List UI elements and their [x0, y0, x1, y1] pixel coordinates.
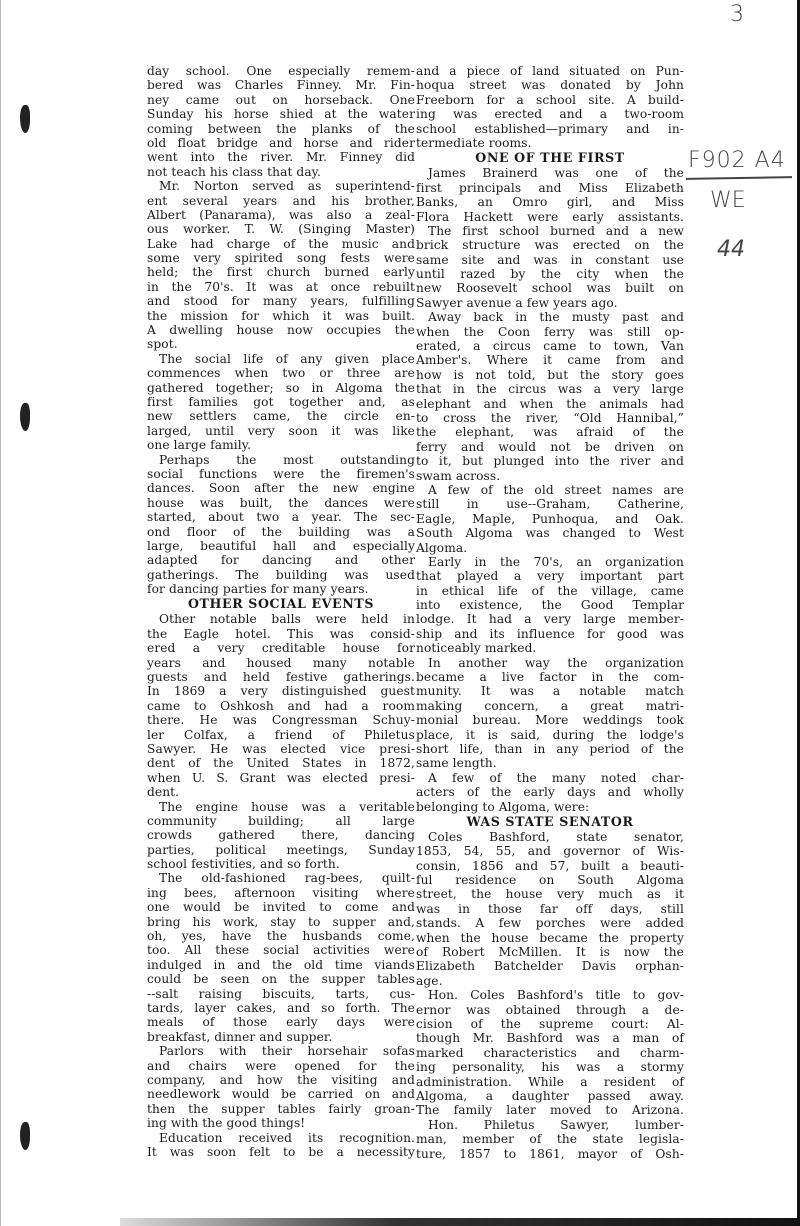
text-line: first families got together and, as — [147, 395, 415, 409]
text-line: 1853, 54, 55, and governor of Wis- — [416, 844, 684, 858]
text-line: A dwelling house now occupies the — [147, 323, 415, 337]
text-line: brick structure was erected on the — [416, 238, 684, 252]
text-line: how is not told, but the story goes — [416, 368, 684, 382]
scan-shadow-bottom — [120, 1218, 800, 1226]
handwritten-page-number: 3 — [730, 2, 744, 27]
text-line: day school. One especially remem- — [147, 64, 415, 78]
punch-hole-mark-middle — [20, 403, 30, 431]
text-line: dent of the United States in 1872, — [147, 756, 415, 770]
text-line: was in those far off days, still — [416, 902, 684, 916]
text-line: Other notable balls were held in — [147, 612, 415, 626]
text-line: Hon. Philetus Sawyer, lumber- — [416, 1118, 684, 1132]
text-line: coming between the planks of the — [147, 122, 415, 136]
text-line: into existence, the Good Templar — [416, 598, 684, 612]
text-line: bring his work, stay to supper and, — [147, 915, 415, 929]
text-line: A few of the many noted char- — [416, 771, 684, 785]
text-line: ent several years and his brother, — [147, 194, 415, 208]
section-heading: OTHER SOCIAL EVENTS — [147, 596, 415, 612]
text-line: when the Coon ferry was still op- — [416, 325, 684, 339]
text-line: too. All these social activities were — [147, 943, 415, 957]
text-line: could be seen on the supper tables — [147, 972, 415, 986]
text-line: Sunday his horse shied at the water — [147, 107, 415, 121]
text-line: ing personality, his was a stormy — [416, 1060, 684, 1074]
text-line: of Robert McMillen. It is now the — [416, 945, 684, 959]
text-line: Freeborn for a school site. A build- — [416, 93, 684, 107]
text-line: the elephant, was afraid of the — [416, 425, 684, 439]
text-line: meals of those early days were — [147, 1015, 415, 1029]
text-line: acters of the early days and wholly — [416, 785, 684, 799]
text-line: in the 70's. It was at once rebuilt — [147, 280, 415, 294]
text-line: ing was erected and a two-room — [416, 107, 684, 121]
text-line: Sawyer. He was elected vice presi- — [147, 742, 415, 756]
text-line: The old-fashioned rag-bees, quilt- — [147, 871, 415, 885]
text-line: Flora Hackett were early assistants. — [416, 210, 684, 224]
text-line: Lake had charge of the music and — [147, 237, 415, 251]
text-line: some very spirited song fests were — [147, 251, 415, 265]
text-line: age. — [416, 974, 684, 988]
text-line: bered was Charles Finney. Mr. Fin- — [147, 78, 415, 92]
text-line: Algoma. — [416, 541, 684, 555]
text-line: started, about two a year. The sec- — [147, 510, 415, 524]
page-edge-left — [0, 0, 1, 1226]
text-line: ernor was obtained through a de- — [416, 1003, 684, 1017]
text-line: then the supper tables fairly groan- — [147, 1102, 415, 1116]
text-line: place, it is said, during the lodge's — [416, 728, 684, 742]
text-line: The social life of any given place — [147, 352, 415, 366]
text-line: Elizabeth Batchelder Davis orphan- — [416, 959, 684, 973]
text-line: Coles Bashford, state senator, — [416, 830, 684, 844]
text-line: The first school burned and a new — [416, 224, 684, 238]
text-line: gatherings. The building was used — [147, 568, 415, 582]
text-line: one would be invited to come and — [147, 900, 415, 914]
text-line: large, beautiful hall and especially — [147, 539, 415, 553]
text-line: ship and its influence for good was — [416, 627, 684, 641]
text-line: man, member of the state legisla- — [416, 1132, 684, 1146]
text-line: guests and held festive gatherings. — [147, 670, 415, 684]
text-line: consin, 1856 and 57, built a beauti- — [416, 859, 684, 873]
text-line: to cross the river, “Old Hannibal,” — [416, 411, 684, 425]
text-line: James Brainerd was one of the — [416, 166, 684, 180]
text-line: years and housed many notable — [147, 656, 415, 670]
text-line: the Eagle hotel. This was consid- — [147, 627, 415, 641]
text-line: community building; all large — [147, 814, 415, 828]
section-heading: ONE OF THE FIRST — [416, 150, 684, 166]
text-line: and stood for many years, fulfilling — [147, 294, 415, 308]
text-line: noticeably marked. — [416, 641, 684, 655]
text-line: crowds gathered there, dancing — [147, 828, 415, 842]
text-line: until razed by the city when the — [416, 267, 684, 281]
text-line: ered a very creditable house for — [147, 641, 415, 655]
text-line: same site and was in constant use — [416, 253, 684, 267]
text-line: erated, a circus came to town, Van — [416, 339, 684, 353]
text-line: school festivities, and so forth. — [147, 857, 415, 871]
text-line: belonging to Algoma, were: — [416, 800, 684, 814]
handwritten-number: 44 — [717, 237, 745, 262]
text-line: Away back in the musty past and — [416, 310, 684, 324]
text-line: ler Colfax, a friend of Philetus — [147, 728, 415, 742]
text-line: It was soon felt to be a necessity — [147, 1145, 415, 1159]
text-line: that in the circus was a very large — [416, 382, 684, 396]
section-heading: WAS STATE SENATOR — [416, 814, 684, 830]
text-line: larged, until very soon it was like — [147, 424, 415, 438]
text-line: and a piece of land situated on Pun- — [416, 64, 684, 78]
text-line: stands. A few porches were added — [416, 916, 684, 930]
text-line: Mr. Norton served as superintend- — [147, 179, 415, 193]
text-line: The engine house was a veritable — [147, 800, 415, 814]
text-line: tards, layer cakes, and so forth. The — [147, 1001, 415, 1015]
text-line: social functions were the firemen's — [147, 467, 415, 481]
text-line: same length. — [416, 756, 684, 770]
text-line: when the house became the property — [416, 931, 684, 945]
text-line: that played a very important part — [416, 569, 684, 583]
text-line: A few of the old street names are — [416, 483, 684, 497]
text-line: Amber's. Where it came from and — [416, 353, 684, 367]
text-line: ond floor of the building was a — [147, 525, 415, 539]
text-line: new settlers came, the circle en- — [147, 409, 415, 423]
article-column-right: and a piece of land situated on Pun-hoqu… — [416, 64, 684, 1161]
text-line: dances. Soon after the new engine — [147, 481, 415, 495]
text-line: one large family. — [147, 438, 415, 452]
text-line: munity. It was a notable match — [416, 684, 684, 698]
text-line: marked characteristics and charm- — [416, 1046, 684, 1060]
article-column-left: day school. One especially remem-bered w… — [147, 64, 415, 1159]
text-line: held; the first church burned early — [147, 265, 415, 279]
text-line: ture, 1857 to 1861, mayor of Osh- — [416, 1147, 684, 1161]
text-line: Sawyer avenue a few years ago. — [416, 296, 684, 310]
punch-hole-mark-top — [20, 105, 30, 133]
text-line: street, the house very much as it — [416, 887, 684, 901]
text-line: the mission for which it was built. — [147, 309, 415, 323]
text-line: gathered together; so in Algoma the — [147, 381, 415, 395]
text-line: --salt raising biscuits, tarts, cus- — [147, 987, 415, 1001]
text-line: Early in the 70's, an organization — [416, 555, 684, 569]
text-line: cision of the supreme court: Al- — [416, 1017, 684, 1031]
text-line: monial bureau. More weddings took — [416, 713, 684, 727]
text-line: lodge. It had a very large member- — [416, 612, 684, 626]
text-line: indulged in and the old time viands — [147, 958, 415, 972]
text-line: became a live factor in the com- — [416, 670, 684, 684]
text-line: ferry and would not be driven on — [416, 440, 684, 454]
text-line: though Mr. Bashford was a man of — [416, 1031, 684, 1045]
text-line: Eagle, Maple, Punhoqua, and Oak. — [416, 512, 684, 526]
text-line: needlework would be carried on and — [147, 1087, 415, 1101]
text-line: to it, but plunged into the river and — [416, 454, 684, 468]
text-line: ing with the good things! — [147, 1116, 415, 1130]
text-line: school established—primary and in- — [416, 122, 684, 136]
text-line: in ethical life of the village, came — [416, 584, 684, 598]
text-line: for dancing parties for many years. — [147, 582, 415, 596]
text-line: Parlors with their horsehair sofas — [147, 1044, 415, 1058]
text-line: house was built, the dances were — [147, 496, 415, 510]
text-line: Algoma, a daughter passed away. — [416, 1089, 684, 1103]
text-line: still in use--Graham, Catherine, — [416, 497, 684, 511]
text-line: commences when two or three are — [147, 366, 415, 380]
text-line: ney came out on horseback. One — [147, 93, 415, 107]
text-line: elephant and when the animals had — [416, 397, 684, 411]
text-line: South Algoma was changed to West — [416, 526, 684, 540]
text-line: ful residence on South Algoma — [416, 873, 684, 887]
text-line: The family later moved to Arizona. — [416, 1103, 684, 1117]
handwritten-underline — [686, 176, 792, 180]
text-line: went into the river. Mr. Finney did — [147, 150, 415, 164]
text-line: not teach his class that day. — [147, 165, 415, 179]
text-line: came to Oshkosh and had a room — [147, 699, 415, 713]
handwritten-catalog-code: F902 A4 — [688, 148, 786, 173]
text-line: and chairs were opened for the — [147, 1059, 415, 1073]
text-line: termediate rooms. — [416, 136, 684, 150]
text-line: adapted for dancing and other — [147, 553, 415, 567]
text-line: old float bridge and horse and rider — [147, 136, 415, 150]
text-line: Albert (Panarama), was also a zeal- — [147, 208, 415, 222]
text-line: spot. — [147, 337, 415, 351]
text-line: Perhaps the most outstanding — [147, 453, 415, 467]
text-line: ing bees, afternoon visiting where — [147, 886, 415, 900]
punch-hole-mark-bottom — [20, 1122, 30, 1150]
text-line: In 1869 a very distinguished guest — [147, 684, 415, 698]
text-line: ous worker. T. W. (Singing Master) — [147, 222, 415, 236]
text-line: first principals and Miss Elizabeth — [416, 181, 684, 195]
text-line: parties, political meetings, Sunday — [147, 843, 415, 857]
text-line: company, and how the visiting and — [147, 1073, 415, 1087]
text-line: when U. S. Grant was elected presi- — [147, 771, 415, 785]
text-line: Hon. Coles Bashford's title to gov- — [416, 988, 684, 1002]
text-line: In another way the organization — [416, 656, 684, 670]
handwritten-initials: WE — [710, 188, 746, 213]
text-line: Banks, an Omro girl, and Miss — [416, 195, 684, 209]
text-line: oh, yes, have the husbands come, — [147, 929, 415, 943]
text-line: short life, than in any period of the — [416, 742, 684, 756]
text-line: administration. While a resident of — [416, 1075, 684, 1089]
text-line: swam across. — [416, 469, 684, 483]
text-line: breakfast, dinner and supper. — [147, 1030, 415, 1044]
text-line: hoqua street was donated by John — [416, 78, 684, 92]
text-line: there. He was Congressman Schuy- — [147, 713, 415, 727]
text-line: dent. — [147, 785, 415, 799]
text-line: making concern, a great matri- — [416, 699, 684, 713]
text-line: new Roosevelt school was built on — [416, 281, 684, 295]
text-line: Education received its recognition. — [147, 1131, 415, 1145]
